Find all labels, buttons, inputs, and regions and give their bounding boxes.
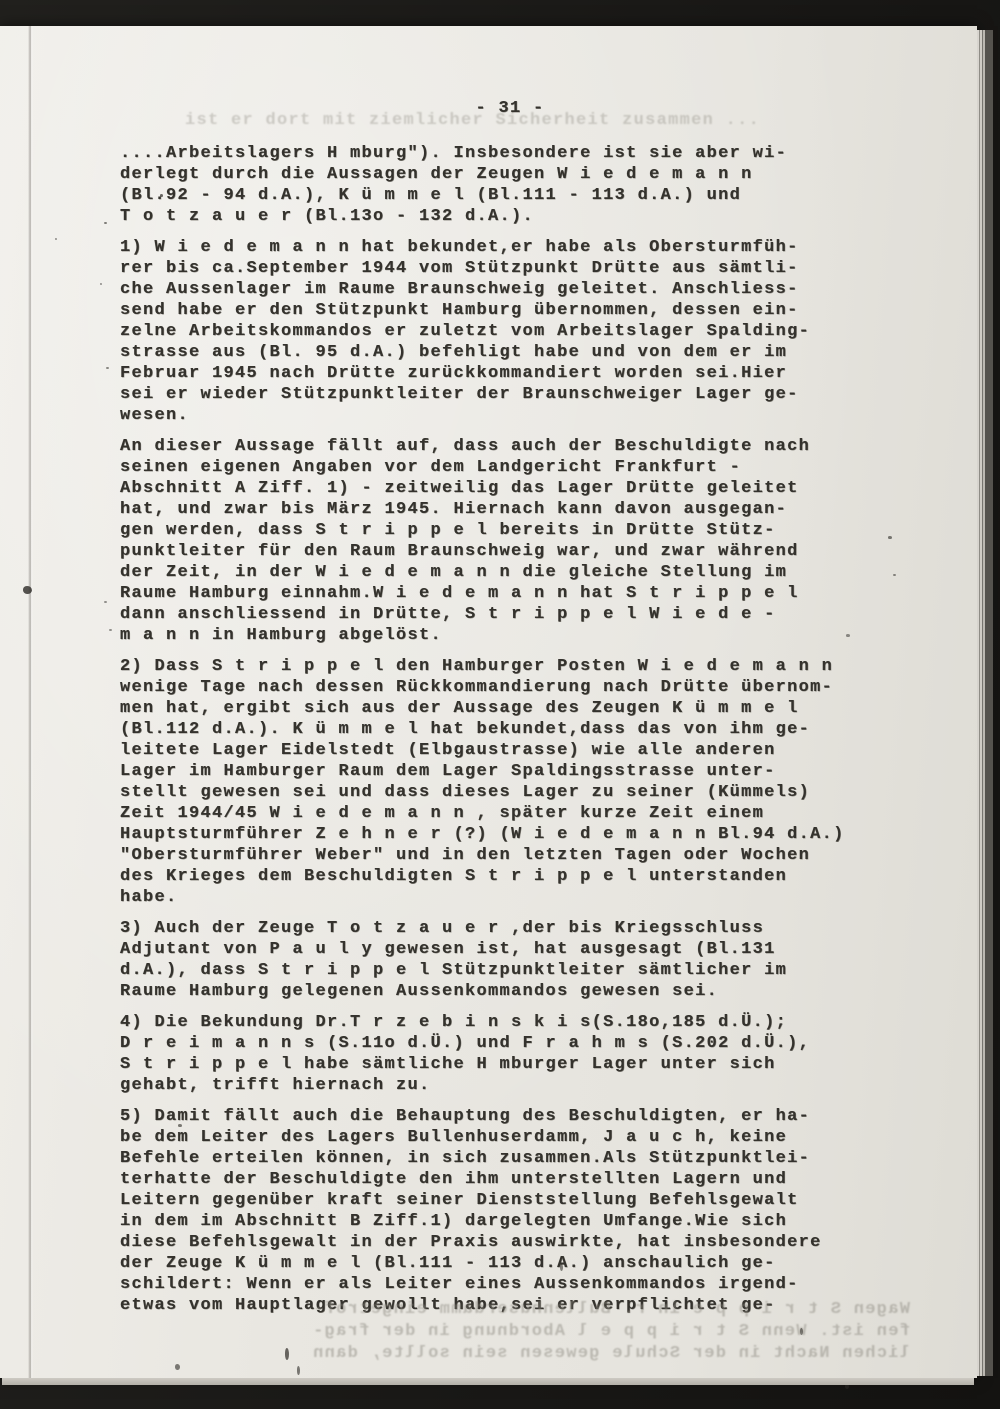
under-sheet-edge — [2, 1378, 974, 1385]
scan-background: ist er dort mit ziemlicher Sicherheit zu… — [0, 0, 1000, 1409]
page-number: - 31 - — [120, 98, 900, 119]
ink-speck — [285, 1348, 289, 1360]
ink-speck — [800, 1328, 803, 1335]
ink-speck — [560, 1264, 563, 1271]
ink-speck — [104, 222, 107, 224]
ink-speck — [109, 629, 112, 631]
ink-speck — [106, 367, 109, 369]
ink-speck — [104, 601, 107, 603]
ink-speck — [175, 1364, 180, 1370]
stacked-page-edges — [977, 30, 993, 1376]
document-page: ist er dort mit ziemlicher Sicherheit zu… — [0, 26, 977, 1378]
paragraph-item-5: 5) Damit fällt auch die Behauptung des B… — [120, 1106, 900, 1316]
paragraph-comment: An dieser Aussage fällt auf, dass auch d… — [120, 436, 900, 646]
page-content: - 31 - ....Arbeitslagers H mburg"). Insb… — [120, 98, 900, 1326]
ghost-bleedthrough-bottom: Wagen S t r i p p e in r. Bullenhuserdam… — [110, 1299, 910, 1365]
ink-speck — [55, 238, 57, 240]
ink-speck — [352, 928, 355, 931]
paragraph-item-2: 2) Dass S t r i p p e l den Hamburger Po… — [120, 656, 900, 908]
paragraph-item-3: 3) Auch der Zeuge T o t z a u e r ,der b… — [120, 918, 900, 1002]
ink-speck — [893, 574, 896, 576]
ink-speck — [888, 536, 892, 539]
page-fold-crease — [28, 26, 33, 1378]
ink-speck — [297, 1366, 300, 1375]
ink-speck — [160, 194, 163, 197]
paragraph-item-4: 4) Die Bekundung Dr.T r z e b i n s k i … — [120, 1012, 900, 1096]
ink-speck — [23, 586, 32, 594]
paragraph-intro: ....Arbeitslagers H mburg"). Insbesonder… — [120, 143, 900, 227]
paragraph-item-1: 1) W i e d e m a n n hat bekundet,er hab… — [120, 237, 900, 426]
ink-speck — [178, 1124, 182, 1127]
ink-speck — [846, 634, 850, 637]
ink-speck — [100, 283, 102, 285]
